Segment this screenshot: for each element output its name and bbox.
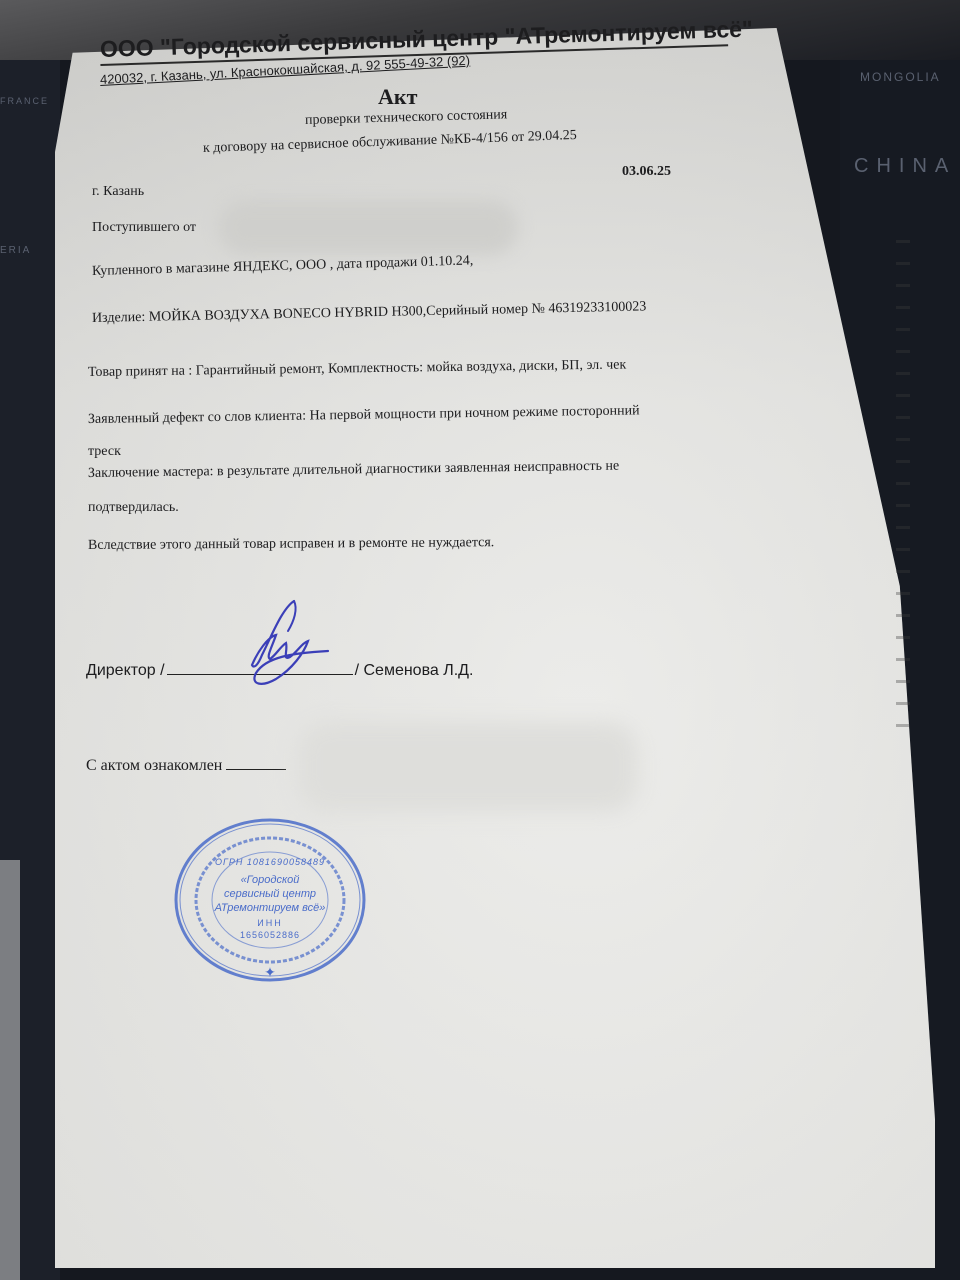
director-label: Директор / [86, 662, 165, 679]
handwritten-signature [232, 595, 342, 705]
stamp-name-3: АТремонтируем всё» [170, 901, 370, 915]
master-conclusion-cont: подтвердилась. [88, 500, 179, 516]
declared-defect: Заявленный дефект со слов клиента: На пе… [88, 403, 640, 428]
master-conclusion: Заключение мастера: в результате длитель… [88, 459, 619, 482]
director-name: / Семенова Л.Д. [355, 662, 474, 679]
acknowledgement-label: С актом ознакомлен [86, 757, 222, 774]
stamp-name-2: сервисный центр [170, 887, 370, 901]
act-document: ООО "Городской сервисный центр "АТремонт… [0, 0, 960, 1280]
acceptance-info: Товар принят на : Гарантийный ремонт, Ко… [88, 357, 627, 381]
declared-defect-cont: треск [88, 444, 121, 460]
acknowledgement-line [226, 757, 286, 770]
redacted-customer-name [218, 200, 518, 255]
document-date: 03.06.25 [622, 164, 671, 180]
company-stamp: ✦ ОГРН 1081690058489 «Городской сервисны… [170, 815, 370, 985]
purchase-info: Купленного в магазине ЯНДЕКС, ООО , дата… [92, 253, 474, 280]
product-info: Изделие: МОЙКА ВОЗДУХА BONECO HYBRID H30… [92, 299, 647, 327]
document-title: Акт [378, 84, 417, 110]
stamp-inn: 1656052886 [170, 928, 370, 942]
stamp-name-1: «Городской [170, 873, 370, 887]
received-from-label: Поступившего от [92, 220, 196, 236]
stamp-ogrn: ОГРН 1081690058489 [170, 855, 370, 869]
acknowledgement-row: С актом ознакомлен [86, 757, 286, 775]
document-city: г. Казань [92, 184, 144, 200]
document-subtitle: проверки технического состояния [305, 107, 508, 129]
redacted-acknowledgement [298, 722, 638, 812]
contract-reference: к договору на сервисное обслуживание №КБ… [203, 128, 577, 157]
svg-text:✦: ✦ [264, 966, 276, 981]
verdict: Вследствие этого данный товар исправен и… [88, 535, 494, 554]
